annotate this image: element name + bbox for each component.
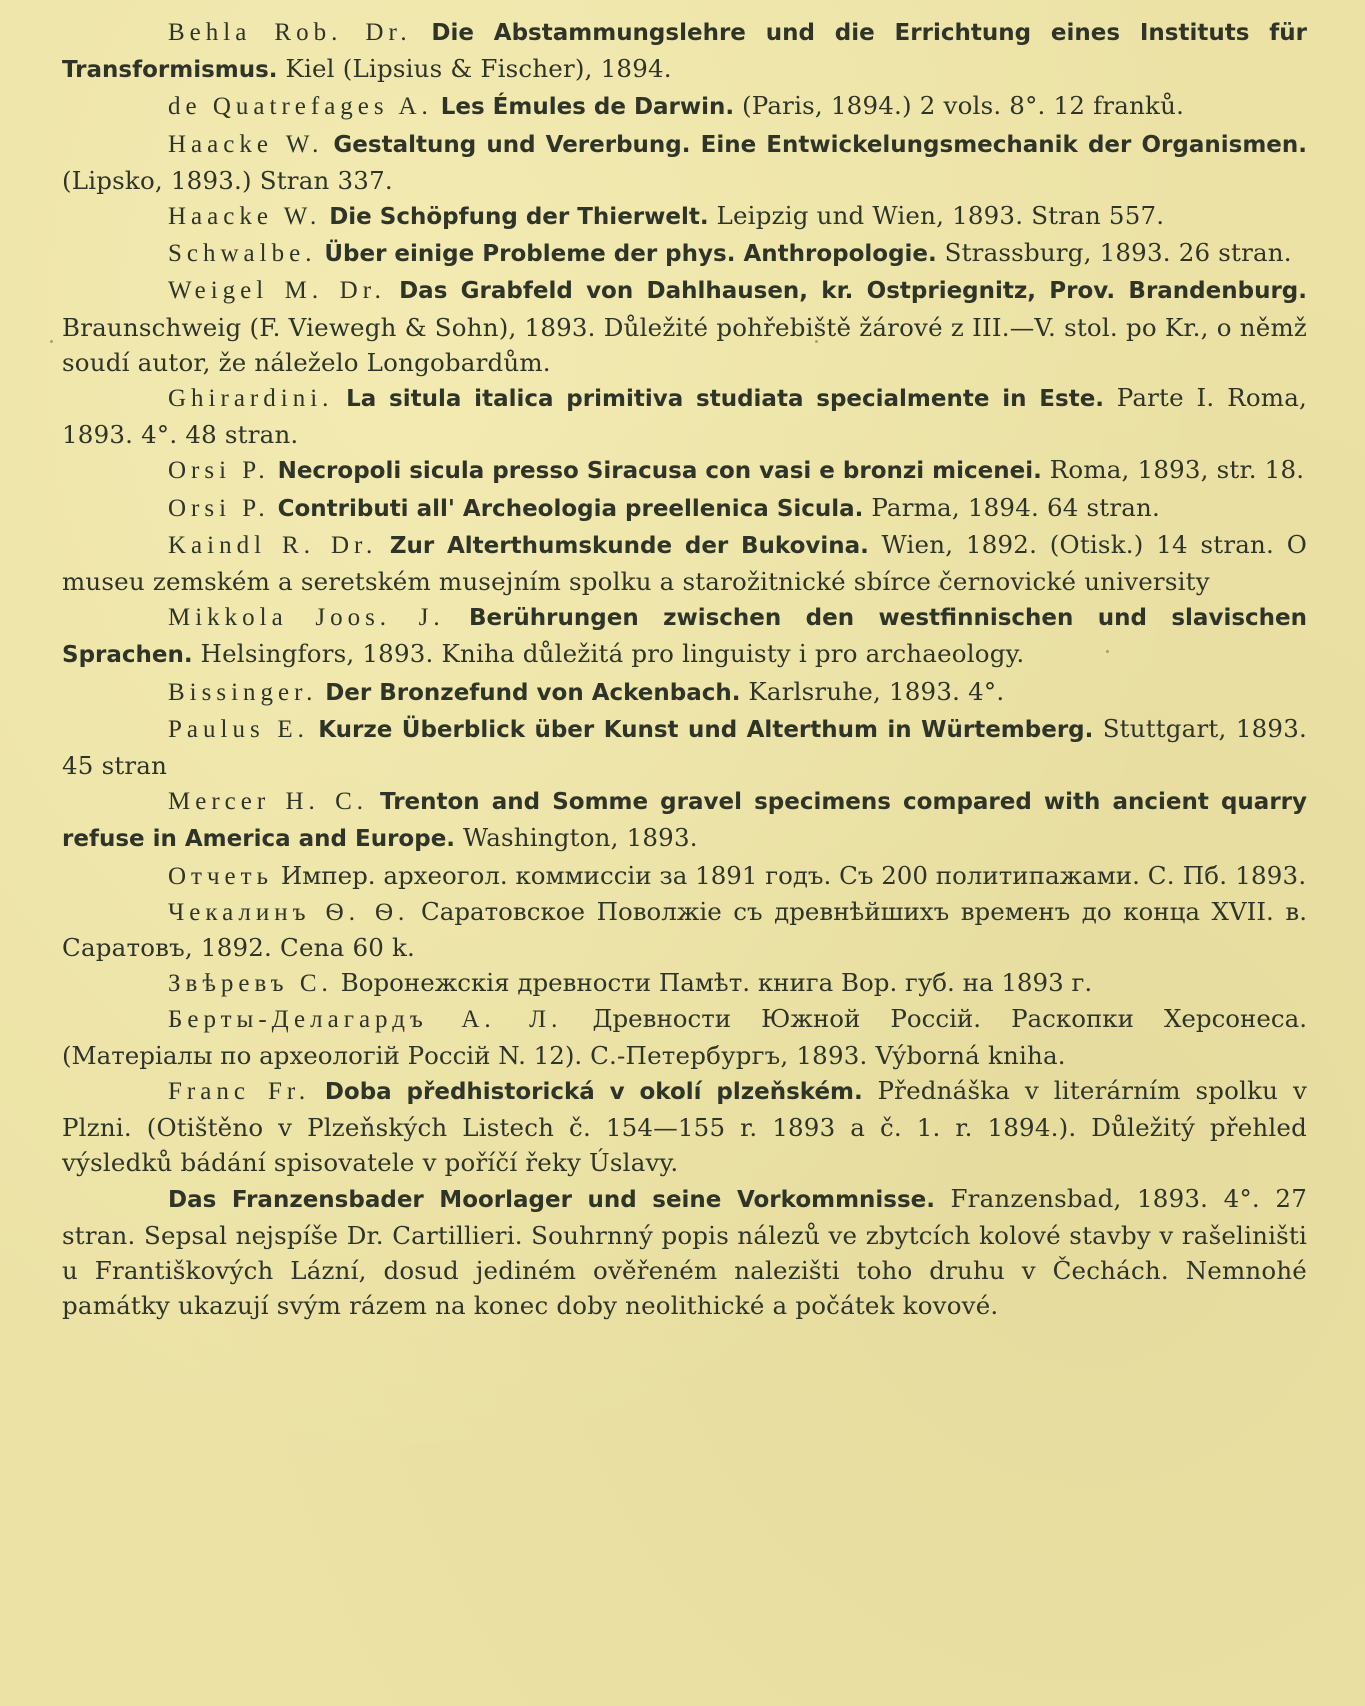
bibliography-entry: Kaindl R. Dr. Zur Alterthumskunde der Bu… [62, 527, 1307, 599]
entry-title: Die Schöpfung der Thierwelt. [329, 204, 708, 230]
entry-author: Schwalbe. [168, 240, 316, 267]
entry-title: Zur Alterthumskunde der Bukovina. [390, 533, 869, 559]
bibliography-entry: Schwalbe. Über einige Probleme der phys.… [62, 235, 1307, 272]
bibliography-entry: Mercer H. C. Trenton and Somme gravel sp… [62, 783, 1307, 857]
entry-details: Washington, 1893. [463, 823, 698, 852]
paper-speck [50, 340, 53, 343]
entry-author: Bissinger. [168, 679, 317, 706]
paper-speck [938, 585, 941, 588]
entry-author: Ghirardini. [168, 385, 333, 412]
entry-author: Weigel M. Dr. [168, 277, 386, 304]
entry-title: Necropoli sicula presso Siracusa con vas… [278, 458, 1042, 484]
entry-title: Воронежскія древности Памѣт. книга Вор. … [341, 968, 1092, 997]
entry-title: Das Grabfeld von Dahlhausen, kr. Ostprie… [399, 278, 1307, 304]
entry-details: Helsingfors, 1893. Kniha důležitá pro li… [201, 639, 1025, 668]
entry-author: Чекалинъ Ѳ. Ѳ. [168, 899, 409, 926]
entry-details: (Lipsko, 1893.) Stran 337. [62, 166, 393, 195]
entry-author: Отчеть [168, 863, 273, 890]
entry-details: С. Пб. 1893. [1148, 861, 1307, 890]
entry-author: Mercer H. C. [168, 788, 368, 815]
entry-title: Kurze Überblick über Kunst und Alterthum… [318, 717, 1093, 743]
bibliography-entry: Franc Fr. Doba předhistorická v okolí pl… [62, 1073, 1307, 1181]
bibliography-entry: Bissinger. Der Bronzefund von Ackenbach.… [62, 674, 1307, 711]
bibliography-entry: Mikkola Joos. J. Berührungen zwischen de… [62, 599, 1307, 673]
bibliography-entry: Das Franzensbader Moorlager und seine Vo… [62, 1181, 1307, 1324]
entry-title: Das Franzensbader Moorlager und seine Vo… [168, 1187, 935, 1213]
paper-speck [1106, 650, 1109, 653]
entry-title: Der Bronzefund von Ackenbach. [325, 680, 740, 706]
entry-author: Kaindl R. Dr. [168, 532, 377, 559]
entry-author: Haacke W. [168, 203, 321, 230]
bibliography-entry: Orsi P. Contributi all' Archeologia pree… [62, 490, 1307, 527]
entry-title: Саратовское Поволжіе съ древнѣйшихъ врем… [421, 897, 1307, 926]
bibliography-entry: Behla Rob. Dr. Die Abstammungslehre und … [62, 14, 1307, 88]
entry-author: Mikkola Joos. J. [168, 604, 445, 631]
entry-author: de Quatrefages A. [168, 93, 433, 120]
entry-details: (Paris, 1894.) 2 vols. 8°. 12 franků. [742, 91, 1184, 120]
entry-details: Braunschweig (F. Viewegh & Sohn), 1893. … [62, 313, 1307, 377]
bibliography-page: Behla Rob. Dr. Die Abstammungslehre und … [62, 14, 1307, 1323]
entry-author: Behla Rob. Dr. [168, 19, 412, 46]
entry-details: Strassburg, 1893. 26 stran. [945, 238, 1292, 267]
entry-author: Orsi P. [168, 495, 270, 522]
bibliography-entry: Weigel M. Dr. Das Grabfeld von Dahlhause… [62, 272, 1307, 380]
entry-title: Les Émules de Darwin. [441, 94, 734, 120]
entry-details: Parma, 1894. 64 stran. [871, 493, 1160, 522]
entry-author: Franc Fr. [168, 1078, 310, 1105]
entry-author: Берты-Делагардъ А. Л. [168, 1006, 562, 1033]
bibliography-entry: Orsi P. Necropoli sicula presso Siracusa… [62, 452, 1307, 489]
entry-author: Paulus E. [168, 716, 309, 743]
entry-author: Haacke W. [168, 131, 323, 158]
entry-details: Kiel (Lipsius & Fischer), 1894. [285, 54, 671, 83]
bibliography-entry: Берты-Делагардъ А. Л. Древности Южной Ро… [62, 1001, 1307, 1072]
entry-title: Über einige Probleme der phys. Anthropol… [324, 241, 936, 267]
bibliography-entry: Отчеть Импер. археогол. коммиссіи за 189… [62, 858, 1307, 894]
bibliography-entry: de Quatrefages A. Les Émules de Darwin. … [62, 88, 1307, 125]
entry-details: Karlsruhe, 1893. 4°. [748, 677, 1004, 706]
bibliography-entry: Haacke W. Die Schöpfung der Thierwelt. L… [62, 198, 1307, 235]
paper-speck [815, 340, 818, 343]
entry-title: Contributi all' Archeologia preellenica … [278, 496, 864, 522]
bibliography-entry: Haacke W. Gestaltung und Vererbung. Eine… [62, 126, 1307, 198]
entry-title: La situla italica primitiva studiata spe… [346, 386, 1104, 412]
entry-author: Orsi P. [168, 457, 270, 484]
entry-title: Doba předhistorická v okolí plzeňském. [325, 1079, 863, 1105]
entry-details: Leipzig und Wien, 1893. Stran 557. [717, 201, 1165, 230]
entry-details: С.-Петербургъ, 1893. Výborná kniha. [590, 1041, 1066, 1070]
entry-details: Roma, 1893, str. 18. [1050, 455, 1305, 484]
bibliography-entry: Paulus E. Kurze Überblick über Kunst und… [62, 711, 1307, 783]
bibliography-entry: Звѣревъ С. Воронежскія древности Памѣт. … [62, 965, 1307, 1001]
entry-details: Саратовъ, 1892. Cena 60 k. [62, 933, 415, 962]
entry-title: Gestaltung und Vererbung. Eine Entwickel… [333, 132, 1307, 158]
bibliography-entry: Ghirardini. La situla italica primitiva … [62, 380, 1307, 452]
bibliography-entry: Чекалинъ Ѳ. Ѳ. Саратовское Поволжіе съ д… [62, 894, 1307, 965]
entry-author: Звѣревъ С. [168, 970, 333, 997]
entry-title: Импер. археогол. коммиссіи за 1891 годъ.… [281, 861, 1140, 890]
